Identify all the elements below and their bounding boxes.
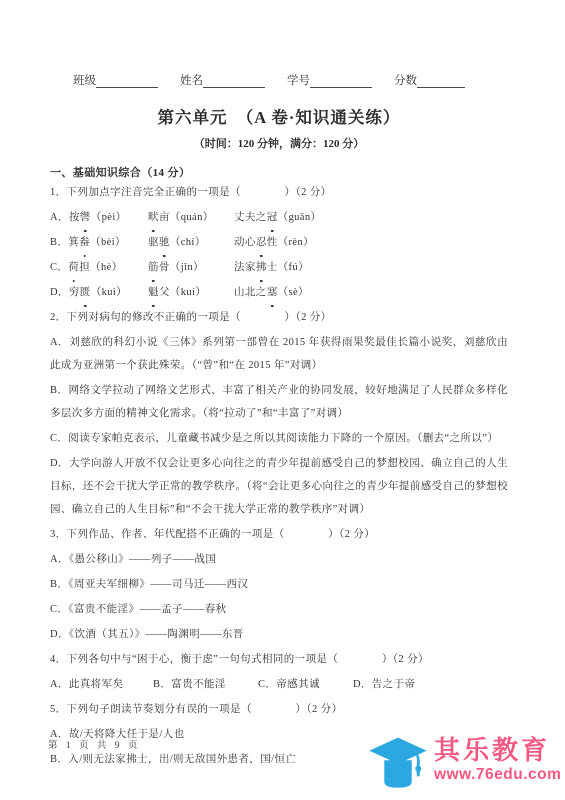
dotted-char: 畚	[79, 231, 90, 254]
option-word: 动心忍性（rèn）	[234, 231, 314, 254]
option-word: 丈夫之冠（guān）	[234, 206, 321, 229]
brand-logo: 其乐教育 www.76edu.com	[368, 734, 561, 800]
question-1-option-a: A．按辔（pèi）畎亩（quán）丈夫之冠（guān）	[50, 206, 508, 229]
option-letter: A．	[50, 212, 69, 223]
question-3-option-a: A．《愚公移山》——列子——战国	[50, 548, 508, 571]
dotted-char: 魁	[148, 281, 159, 304]
score-label: 分数	[394, 72, 417, 88]
graduation-cap-icon	[368, 734, 428, 800]
question-4-options-row: A．此真将军矣B．富贵不能淫C．帝感其诚D．告之于帝	[50, 673, 508, 696]
option-word: 法家拂士（fú）	[234, 256, 309, 279]
question-4-option-c: C．帝感其诚	[258, 673, 353, 696]
class-label: 班级	[73, 72, 96, 88]
page-subtitle: （时间：120 分钟，满分：120 分）	[50, 135, 508, 151]
class-blank	[96, 75, 158, 88]
page-content: 班级 姓名 学号 分数 第六单元 （A 卷·知识通关练） （时间：120 分钟，…	[50, 0, 508, 773]
question-3-option-d: D．《饮酒（其五）》——陶渊明——东晋	[50, 623, 508, 646]
class-field: 班级	[73, 72, 158, 88]
name-field: 姓名	[180, 72, 265, 88]
dotted-char: 忍	[256, 231, 267, 254]
brand-text-block: 其乐教育 www.76edu.com	[434, 734, 561, 783]
name-label: 姓名	[180, 72, 203, 88]
option-word: 山北之塞（sè）	[234, 281, 309, 304]
score-blank	[417, 75, 465, 88]
dotted-char: 荷	[68, 256, 79, 279]
brand-url: www.76edu.com	[434, 766, 561, 783]
student-info-row: 班级 姓名 学号 分数	[73, 72, 508, 88]
option-word: A．按辔（pèi）	[50, 206, 148, 229]
name-blank	[203, 75, 265, 88]
question-5-stem: 5．下列句子朗读节奏划分有误的一项是（ ）（2 分）	[50, 698, 508, 721]
question-4-option-d: D．告之于帝	[353, 673, 415, 696]
question-2-option-b: B．网络文学拉动了网络文艺形式，丰富了相关产业的协同发展，较好地满足了人民群众多…	[50, 379, 508, 425]
dotted-char: 辔	[80, 206, 91, 229]
option-word: B．箕畚（bèi）	[50, 231, 148, 254]
question-1-option-b: B．箕畚（bèi）驱驰（chí）动心忍性（rèn）	[50, 231, 508, 254]
dotted-char: 筋	[148, 256, 159, 279]
option-letter: C．	[50, 262, 68, 273]
question-3-option-c: C．《富贵不能淫》——孟子——春秋	[50, 598, 508, 621]
option-letter: D．	[50, 287, 69, 298]
student-id-field: 学号	[287, 72, 372, 88]
dotted-char: 匮	[80, 281, 91, 304]
question-3-stem: 3．下列作品、作者、年代配搭不正确的一项是（ ）（2 分）	[50, 523, 508, 546]
score-field: 分数	[394, 72, 465, 88]
option-word: 筋骨（jīn）	[148, 256, 234, 279]
exam-paper-page: 班级 姓名 学号 分数 第六单元 （A 卷·知识通关练） （时间：120 分钟，…	[0, 0, 565, 800]
option-letter: B．	[50, 237, 68, 248]
question-1-option-c: C．荷担（hè）筋骨（jīn）法家拂士（fú）	[50, 256, 508, 279]
dotted-char: 塞	[267, 281, 278, 304]
section-heading: 一、基础知识综合（14 分）	[50, 164, 508, 180]
question-2-option-a: A．刘慈欣的科幻小说《三体》系列第一部曾在 2015 年获得雨果奖最佳长篇小说奖…	[50, 331, 508, 377]
dotted-char: 拂	[256, 256, 267, 279]
dotted-char: 冠	[267, 206, 278, 229]
brand-name: 其乐教育	[434, 734, 561, 766]
question-2-option-c: C．阅读专家帕克表示，儿童藏书减少是之所以其阅读能力下降的一个原因。（删去“之所…	[50, 427, 508, 450]
question-1-option-d: D．穷匮（kuì）魁父（kuí）山北之塞（sè）	[50, 281, 508, 304]
option-word: 畎亩（quán）	[148, 206, 234, 229]
question-4-option-b: B．富贵不能淫	[153, 673, 258, 696]
student-id-blank	[310, 75, 372, 88]
option-word: D．穷匮（kuì）	[50, 281, 148, 304]
dotted-char: 驰	[159, 231, 170, 254]
question-4-stem: 4．下列各句中与“困于心，衡于虑”一句句式相同的一项是（ ）（2 分）	[50, 648, 508, 671]
student-id-label: 学号	[287, 72, 310, 88]
option-word: 驱驰（chí）	[148, 231, 234, 254]
page-title: 第六单元 （A 卷·知识通关练）	[50, 104, 508, 128]
question-3-option-b: B．《周亚夫军细柳》——司马迁——西汉	[50, 573, 508, 596]
question-1-stem: 1．下列加点字注音完全正确的一项是（ ）（2 分）	[50, 181, 508, 204]
option-word: 魁父（kuí）	[148, 281, 234, 304]
footer-page-number: 第 1 页 共 9 页	[48, 737, 140, 751]
question-2-stem: 2．下列对病句的修改不正确的一项是（ ）（2 分）	[50, 306, 508, 329]
question-4-option-a: A．此真将军矣	[50, 673, 153, 696]
dotted-char: 畎	[148, 206, 159, 229]
option-word: C．荷担（hè）	[50, 256, 148, 279]
question-2-option-d: D．大学向游人开放不仅会让更多心向往之的青少年提前感受自己的梦想校园、确立自己的…	[50, 452, 508, 521]
